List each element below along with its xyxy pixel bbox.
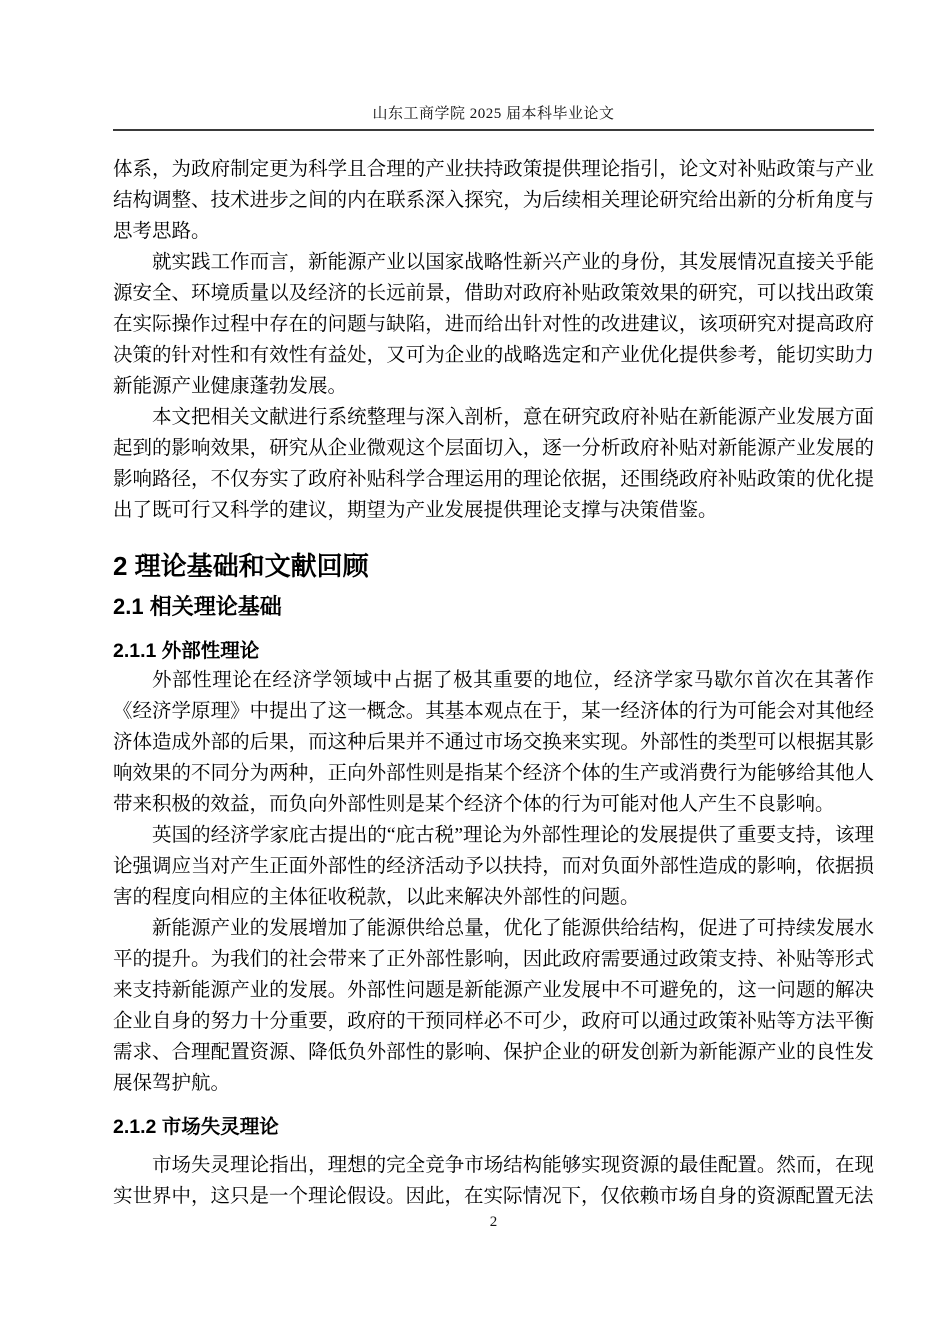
paragraph-new-energy-externality: 新能源产业的发展增加了能源供给总量，优化了能源供给结构，促进了可持续发展水平的提… [113, 913, 874, 1099]
page-footer: 2 [113, 1212, 874, 1232]
paragraph-literature-review-summary: 本文把相关文献进行系统整理与深入剖析，意在研究政府补贴在新能源产业发展方面起到的… [113, 402, 874, 526]
heading-subsection-2-1-2: 2.1.2 市场失灵理论 [113, 1113, 874, 1141]
heading-chapter-2: 2 理论基础和文献回顾 [113, 547, 874, 585]
paragraph-externality-theory: 外部性理论在经济学领域中占据了极其重要的地位，经济学家马歇尔首次在其著作《经济学… [113, 665, 874, 820]
page-number: 2 [490, 1214, 498, 1230]
page-header: 山东工商学院 2025 届本科毕业论文 [113, 105, 874, 123]
paragraph-pigou-tax: 英国的经济学家庇古提出的“庇古税”理论为外部性理论的发展提供了重要支持，该理论强… [113, 820, 874, 913]
thesis-page: 山东工商学院 2025 届本科毕业论文 体系，为政府制定更为科学且合理的产业扶持… [0, 0, 950, 1344]
header-title: 山东工商学院 2025 届本科毕业论文 [372, 106, 614, 122]
paragraph-practical-significance: 就实践工作而言，新能源产业以国家战略性新兴产业的身份，其发展情况直接关乎能源安全… [113, 247, 874, 402]
document-body: 体系，为政府制定更为科学且合理的产业扶持政策提供理论指引，论文对补贴政策与产业结… [113, 154, 874, 1212]
paragraph-market-failure-theory: 市场失灵理论指出，理想的完全竞争市场结构能够实现资源的最佳配置。然而，在现实世界… [113, 1150, 874, 1212]
heading-section-2-1: 2.1 相关理论基础 [113, 590, 874, 624]
paragraph-theory-system-continuation: 体系，为政府制定更为科学且合理的产业扶持政策提供理论指引，论文对补贴政策与产业结… [113, 154, 874, 247]
heading-subsection-2-1-1: 2.1.1 外部性理论 [113, 637, 874, 665]
header-rule [113, 129, 874, 131]
